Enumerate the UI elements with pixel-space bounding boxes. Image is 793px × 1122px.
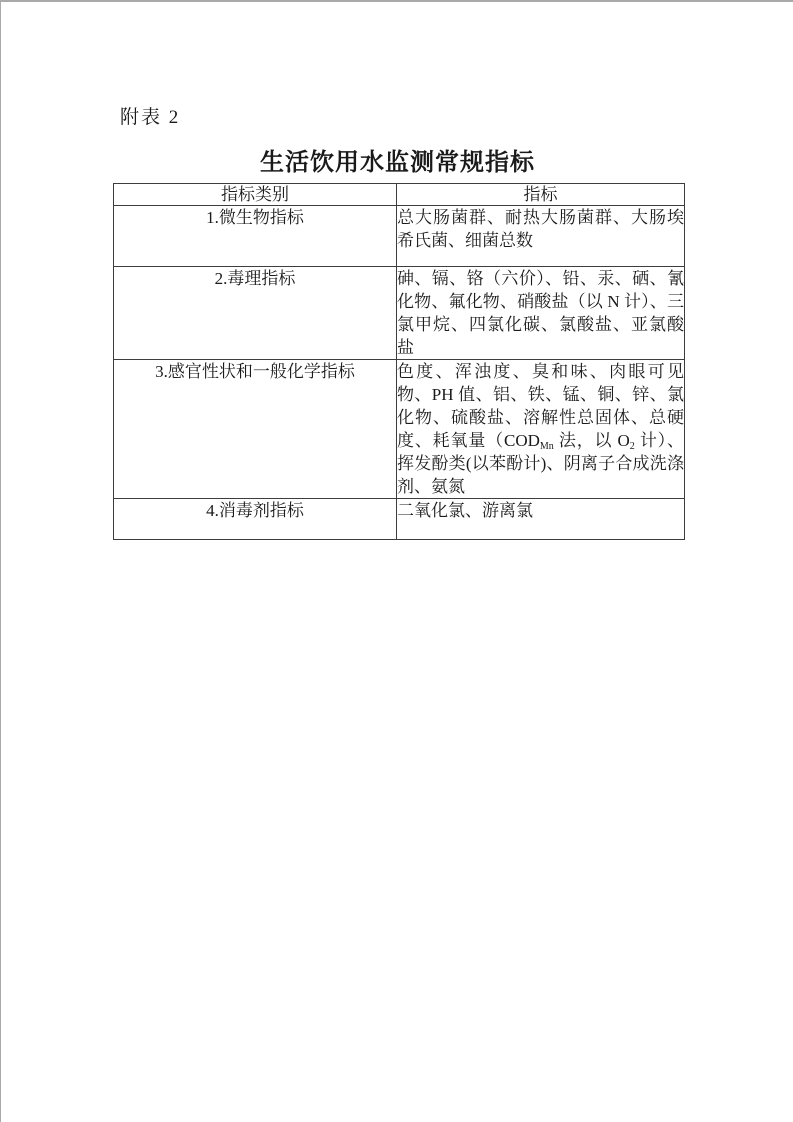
indicators-microbial: 总大肠菌群、耐热大肠菌群、大肠埃希氏菌、细菌总数 bbox=[397, 206, 685, 267]
document-page: 附表 2 生活饮用水监测常规指标 指标类别 指标 1.微生物指标 总大肠菌群、耐… bbox=[0, 0, 793, 1122]
document-title: 生活饮用水监测常规指标 bbox=[1, 142, 793, 177]
category-toxicology: 2.毒理指标 bbox=[114, 267, 397, 360]
header-indicator: 指标 bbox=[397, 184, 685, 206]
indicators-disinfectant: 二氧化氯、游离氯 bbox=[397, 499, 685, 540]
category-sensory-chemical: 3.感官性状和一般化学指标 bbox=[114, 360, 397, 499]
indicator-text-mid: 法，以 O bbox=[554, 431, 630, 450]
table-header-row: 指标类别 指标 bbox=[114, 184, 685, 206]
table-row-disinfectant: 4.消毒剂指标 二氧化氯、游离氯 bbox=[114, 499, 685, 540]
table-row-toxicology: 2.毒理指标 砷、镉、铬（六价）、铅、汞、硒、氰化物、氟化物、硝酸盐（以 N 计… bbox=[114, 267, 685, 360]
appendix-label: 附表 2 bbox=[120, 102, 180, 129]
category-disinfectant: 4.消毒剂指标 bbox=[114, 499, 397, 540]
cod-mn-subscript: Mn bbox=[540, 441, 554, 452]
table-row-sensory-chemical: 3.感官性状和一般化学指标 色度、浑浊度、臭和味、肉眼可见物、PH 值、铝、铁、… bbox=[114, 360, 685, 499]
category-microbial: 1.微生物指标 bbox=[114, 206, 397, 267]
header-category: 指标类别 bbox=[114, 184, 397, 206]
indicators-toxicology: 砷、镉、铬（六价）、铅、汞、硒、氰化物、氟化物、硝酸盐（以 N 计）、三氯甲烷、… bbox=[397, 267, 685, 360]
indicators-sensory-chemical: 色度、浑浊度、臭和味、肉眼可见物、PH 值、铝、铁、锰、铜、锌、氯化物、硫酸盐、… bbox=[397, 360, 685, 499]
indicator-table: 指标类别 指标 1.微生物指标 总大肠菌群、耐热大肠菌群、大肠埃希氏菌、细菌总数… bbox=[113, 183, 685, 540]
table-row-microbial: 1.微生物指标 总大肠菌群、耐热大肠菌群、大肠埃希氏菌、细菌总数 bbox=[114, 206, 685, 267]
